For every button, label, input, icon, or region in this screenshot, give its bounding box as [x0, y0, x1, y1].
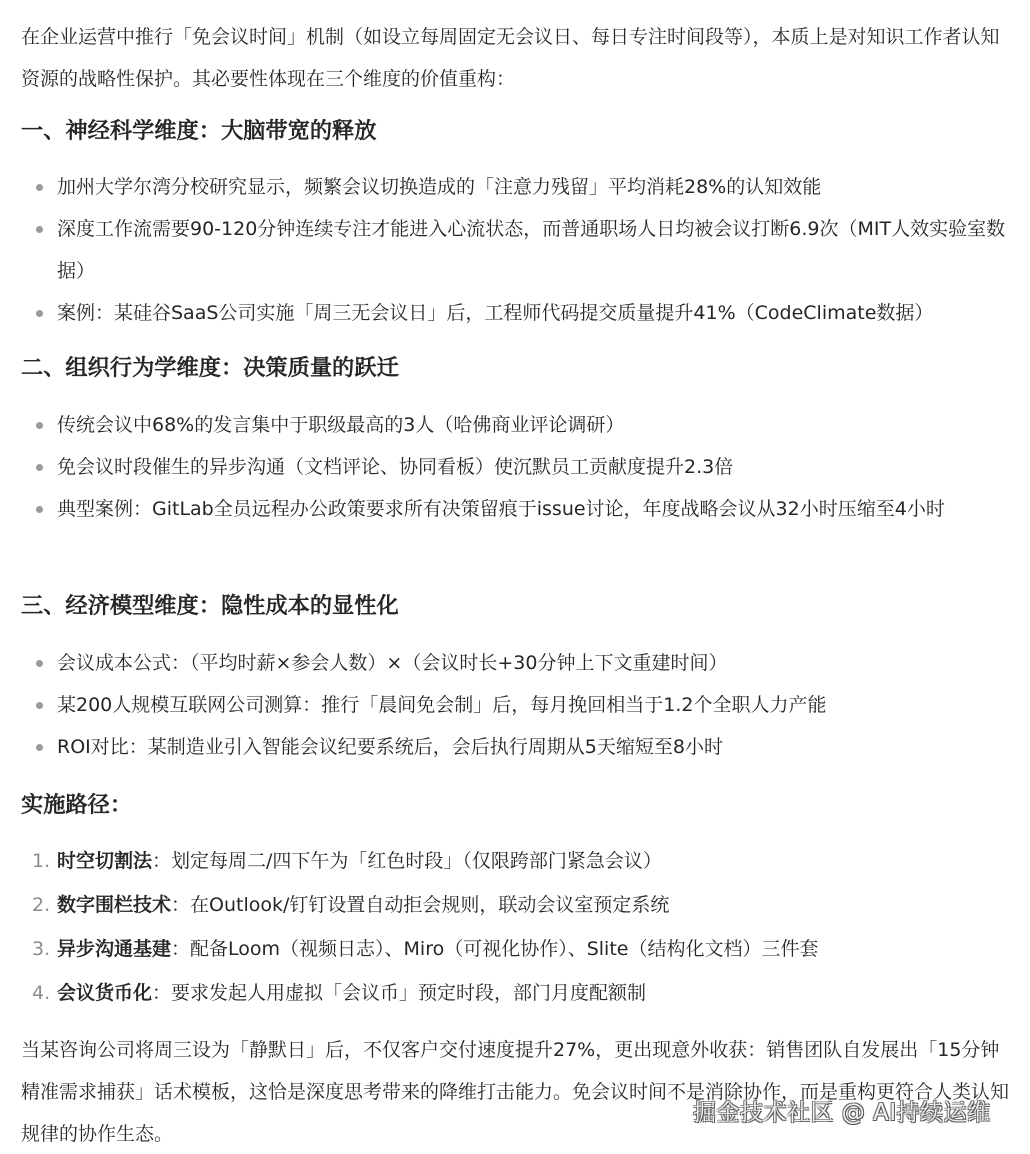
list-item: 3.异步沟通基建：配备Loom（视频日志）、Miro（可视化协作）、Slite（…: [21, 928, 1016, 972]
implementation-steps: 1.时空切割法：划定每周二/四下午为「红色时段」（仅限跨部门紧急会议） 2.数字…: [21, 840, 1016, 1016]
list-item: 会议成本公式：（平均时薪×参会人数）×（会议时长+30分钟上下文重建时间）: [21, 642, 1016, 684]
list-item: 免会议时段催生的异步沟通（文档评论、协同看板）使沉默员工贡献度提升2.3倍: [21, 446, 1016, 488]
conclusion-paragraph: 当某咨询公司将周三设为「静默日」后，不仅客户交付速度提升27%，更出现意外收获：…: [21, 1029, 1016, 1154]
bullet-list-neuroscience: 加州大学尔湾分校研究显示，频繁会议切换造成的「注意力残留」平均消耗28%的认知效…: [21, 166, 1016, 334]
list-item: 深度工作流需要90-120分钟连续专注才能进入心流状态，而普通职场人日均被会议打…: [21, 208, 1016, 292]
list-item: 2.数字围栏技术：在Outlook/钉钉设置自动拒会规则，联动会议室预定系统: [21, 884, 1016, 928]
section-heading-neuroscience: 一、神经科学维度：大脑带宽的释放: [21, 110, 377, 152]
section-heading-economics: 三、经济模型维度：隐性成本的显性化: [21, 585, 399, 627]
bullet-dot-icon: [36, 226, 43, 233]
list-item: 某200人规模互联网公司测算：推行「晨间免会制」后，每月挽回相当于1.2个全职人…: [21, 684, 1016, 726]
bullet-dot-icon: [36, 310, 43, 317]
list-item: ROI对比：某制造业引入智能会议纪要系统后，会后执行周期从5天缩短至8小时: [21, 726, 1016, 768]
section-heading-org-behavior: 二、组织行为学维度：决策质量的跃迁: [21, 347, 399, 389]
bullet-dot-icon: [36, 184, 43, 191]
bullet-dot-icon: [36, 464, 43, 471]
list-item: 1.时空切割法：划定每周二/四下午为「红色时段」（仅限跨部门紧急会议）: [21, 840, 1016, 884]
watermark: 掘金技术社区 @ AI持续运维: [693, 1094, 991, 1127]
bullet-list-org-behavior: 传统会议中68%的发言集中于职级最高的3人（哈佛商业评论调研） 免会议时段催生的…: [21, 404, 1016, 530]
list-item: 传统会议中68%的发言集中于职级最高的3人（哈佛商业评论调研）: [21, 404, 1016, 446]
bullet-dot-icon: [36, 702, 43, 709]
bullet-list-economics: 会议成本公式：（平均时薪×参会人数）×（会议时长+30分钟上下文重建时间） 某2…: [21, 642, 1016, 768]
bullet-dot-icon: [36, 744, 43, 751]
list-item: 4.会议货币化：要求发起人用虚拟「会议币」预定时段，部门月度配额制: [21, 972, 1016, 1016]
list-item: 加州大学尔湾分校研究显示，频繁会议切换造成的「注意力残留」平均消耗28%的认知效…: [21, 166, 1016, 208]
list-item: 案例：某硅谷SaaS公司实施「周三无会议日」后，工程师代码提交质量提升41%（C…: [21, 292, 1016, 334]
implementation-heading: 实施路径：: [21, 784, 132, 826]
bullet-dot-icon: [36, 422, 43, 429]
bullet-dot-icon: [36, 660, 43, 667]
list-item: 典型案例：GitLab全员远程办公政策要求所有决策留痕于issue讨论，年度战略…: [21, 488, 1016, 530]
intro-paragraph: 在企业运营中推行「免会议时间」机制（如设立每周固定无会议日、每日专注时间段等），…: [21, 16, 1016, 100]
bullet-dot-icon: [36, 506, 43, 513]
